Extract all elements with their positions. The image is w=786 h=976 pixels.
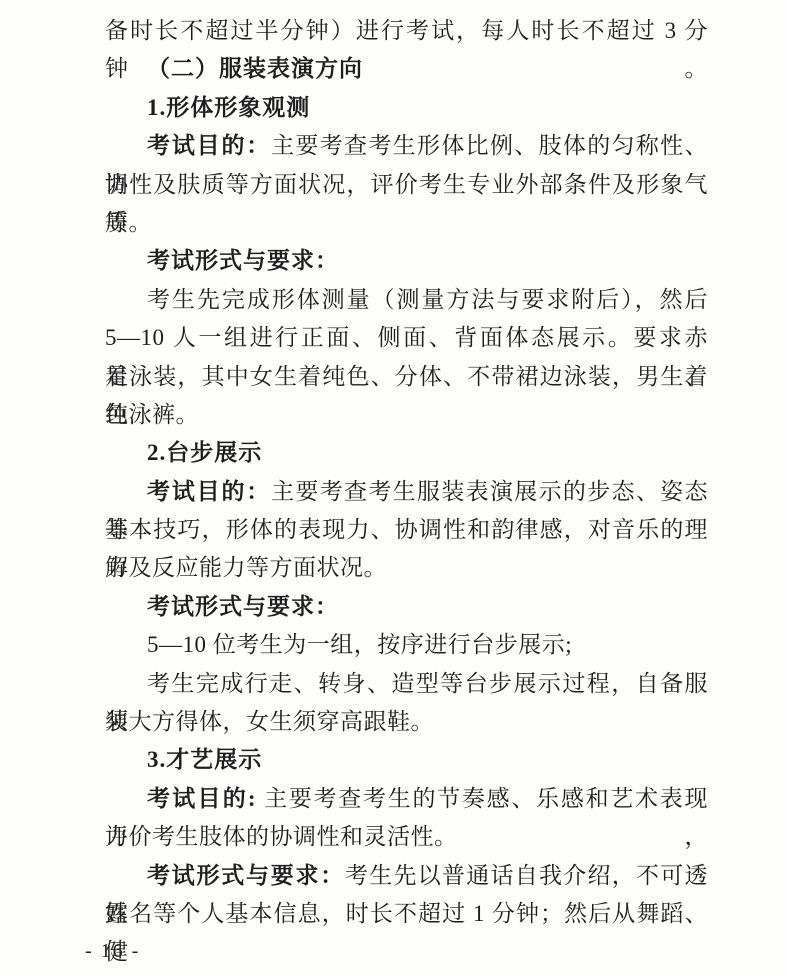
body-text: 姓名等个人基本信息，时长不超过 1 分钟；然后从舞蹈、健 <box>105 901 708 964</box>
bold-label: 考试形式与要求： <box>147 594 339 619</box>
text-line: 考生先完成形体测量（测量方法与要求附后），然后 <box>105 281 708 319</box>
body-text: 考生先完成形体测量（测量方法与要求附后），然后 <box>147 287 708 312</box>
text-line: 考试形式与要求： <box>105 588 708 626</box>
bold-label: 3.才艺展示 <box>147 747 262 772</box>
text-line: 考试形式与要求： <box>105 242 708 280</box>
text-line: 考试形式与要求：考生先以普通话自我介绍，不可透露 <box>105 857 708 895</box>
bold-label: 考试形式与要求： <box>147 863 345 888</box>
text-line: 须大方得体，女生须穿高跟鞋。 <box>105 703 708 741</box>
text-line: 5—10 位考生为一组，按序进行台步展示; <box>105 626 708 664</box>
page-number: - 16 - <box>85 936 140 966</box>
bold-label: 2.台步展示 <box>147 440 262 465</box>
text-line: 等。 <box>105 204 708 242</box>
document-text-block: 备时长不超过半分钟）进行考试，每人时长不超过 3 分钟。（二）服装表演方向1.形… <box>105 12 708 933</box>
scanned-document-page: 备时长不超过半分钟）进行考试，每人时长不超过 3 分钟。（二）服装表演方向1.形… <box>0 0 786 976</box>
text-line: 备时长不超过半分钟）进行考试，每人时长不超过 3 分钟。 <box>105 12 708 50</box>
body-text: 力及反应能力等方面状况。 <box>105 555 387 580</box>
text-line: 考生完成行走、转身、造型等台步展示过程，自备服装 <box>105 665 708 703</box>
bold-label: 考试目的： <box>147 133 271 158</box>
bold-label: 考试目的： <box>147 479 271 504</box>
text-line: 基本技巧，形体的表现力、协调性和韵律感，对音乐的理解 <box>105 511 708 549</box>
body-text: 须大方得体，女生须穿高跟鞋。 <box>105 709 434 734</box>
bold-label: 1.形体形象观测 <box>147 95 310 120</box>
text-line: 色泳裤。 <box>105 396 708 434</box>
bold-label: 考试形式与要求： <box>147 248 339 273</box>
body-text: 色泳裤。 <box>105 402 199 427</box>
text-line: 3.才艺展示 <box>105 741 708 779</box>
text-line: 姓名等个人基本信息，时长不超过 1 分钟；然后从舞蹈、健 <box>105 895 708 933</box>
body-text: 等。 <box>105 210 152 235</box>
text-line: 考试目的: 主要考查考生的节奏感、乐感和艺术表现力， <box>105 780 708 818</box>
text-line: 考试目的：主要考查考生服装表演展示的步态、姿态等 <box>105 473 708 511</box>
body-text: 5—10 位考生为一组，按序进行台步展示; <box>147 632 572 657</box>
text-line: 调性及肤质等方面状况，评价考生专业外部条件及形象气质 <box>105 166 708 204</box>
text-line: 2.台步展示 <box>105 434 708 472</box>
bold-label: 考试目的: <box>147 786 257 811</box>
text-line: 1.形体形象观测 <box>105 89 708 127</box>
text-line: 5—10 人一组进行正面、侧面、背面体态展示。要求赤足、 <box>105 319 708 357</box>
text-line: 力及反应能力等方面状况。 <box>105 549 708 587</box>
text-line: 着泳装，其中女生着纯色、分体、不带裙边泳装，男生着纯 <box>105 358 708 396</box>
body-text: 评价考生肢体的协调性和灵活性。 <box>105 824 458 849</box>
bold-label: （二）服装表演方向 <box>147 56 363 81</box>
text-line: 考试目的：主要考查考生形体比例、肢体的匀称性、协 <box>105 127 708 165</box>
